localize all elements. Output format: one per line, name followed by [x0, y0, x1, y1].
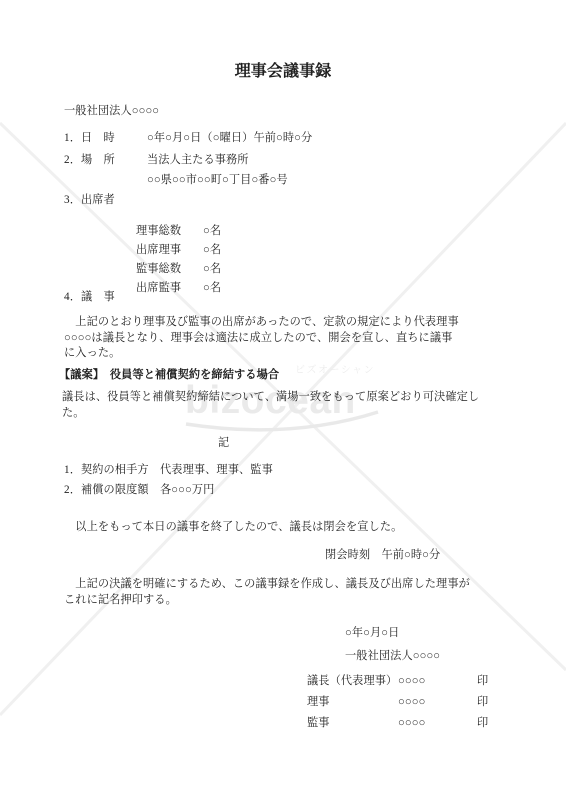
- signature-role: 理事: [307, 695, 398, 711]
- resolution-paragraph: 議長は、役員等と補償契約締結について、満場一致をもって原案どおり可決確定し た。: [62, 390, 482, 421]
- item3-label: 3．出席者: [64, 193, 115, 209]
- item2-label: 2．場 所: [64, 153, 115, 169]
- proposal-heading: 【議案】 役員等と補償契約を締結する場合: [59, 368, 279, 384]
- item2-value: 当法人主たる事務所: [147, 153, 249, 169]
- attendance-value: ○名: [203, 282, 221, 294]
- attendance-row: 出席監事○名: [136, 265, 221, 296]
- item1-label: 1．日 時: [64, 131, 115, 147]
- company-name: 一般社団法人○○○○: [64, 104, 159, 120]
- document-content: 理事会議事録 一般社団法人○○○○ 1．日 時 ○年○月○日（○曜日）午前○時○…: [0, 0, 566, 800]
- footer-company: 一般社団法人○○○○: [345, 649, 440, 665]
- attestation-paragraph: 上記の決議を明確にするため、この議事録を作成し、議長及び出席した理事が これに記…: [64, 577, 484, 608]
- closing-time: 閉会時刻 午前○時○分: [325, 548, 440, 564]
- agreement-item-1: 1．契約の相手方 代表理事、理事、監事: [64, 463, 273, 479]
- signature-name: ○○○○: [398, 716, 477, 732]
- document-page: ビズオーシャン bizocean 理事会議事録 一般社団法人○○○○ 1．日 時…: [0, 0, 566, 800]
- item4-label: 4．議 事: [64, 290, 115, 306]
- ki-heading: 記: [218, 436, 229, 452]
- signature-seal: 印: [477, 717, 488, 729]
- signature-role: 議長（代表理事）: [307, 674, 398, 690]
- signature-row: 監事○○○○印: [307, 716, 488, 732]
- opening-paragraph: 上記のとおり理事及び監事の出席があったので、定款の規定により代表理事 ○○○○は…: [64, 315, 484, 362]
- signature-name: ○○○○: [398, 674, 477, 690]
- signature-seal: 印: [477, 696, 488, 708]
- signature-seal: 印: [477, 675, 488, 687]
- signature-name: ○○○○: [398, 695, 477, 711]
- signature-row: 理事○○○○印: [307, 695, 488, 711]
- item2-address: ○○県○○市○○町○丁目○番○号: [147, 173, 288, 189]
- footer-date: ○年○月○日: [345, 626, 399, 642]
- agreement-item-2: 2．補償の限度額 各○○○万円: [64, 483, 214, 499]
- closing-paragraph: 以上をもって本日の議事を終了したので、議長は閉会を宣した。: [64, 520, 504, 536]
- item1-value: ○年○月○日（○曜日）午前○時○分: [147, 131, 312, 147]
- signature-row: 議長（代表理事）○○○○印: [307, 674, 488, 690]
- page-title: 理事会議事録: [0, 64, 566, 80]
- signature-role: 監事: [307, 716, 398, 732]
- attendance-label: 出席監事: [136, 281, 203, 297]
